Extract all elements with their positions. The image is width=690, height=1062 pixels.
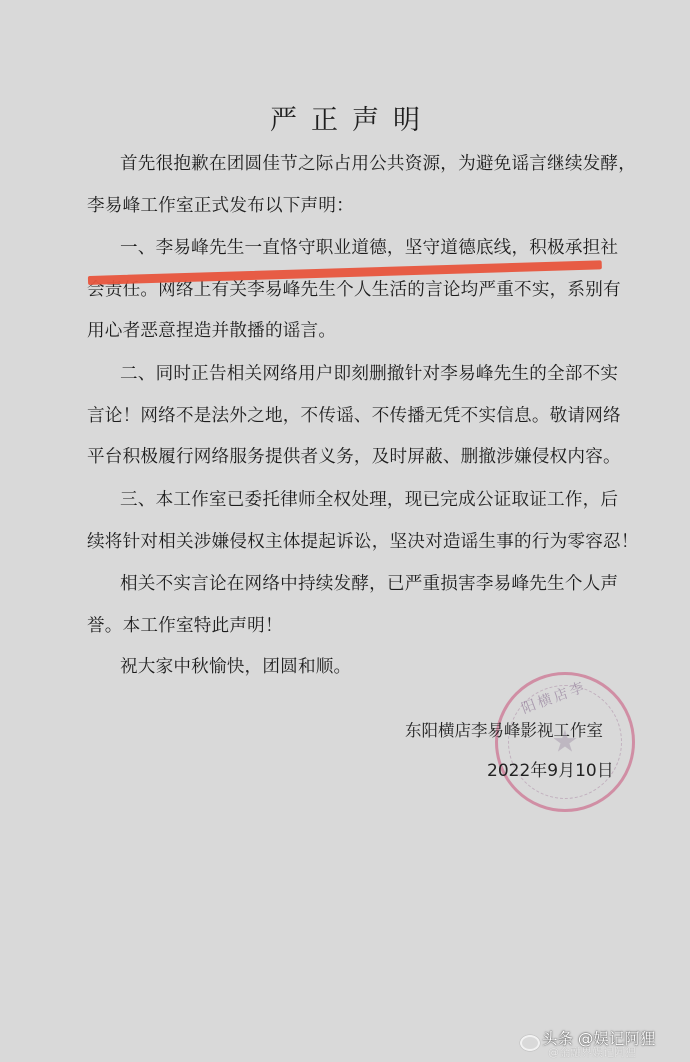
document-title: 严正声明	[0, 98, 690, 137]
paragraph-line: 言论！网络不是法外之地，不传谣、不传播无凭不实信息。敬请网络	[87, 405, 621, 427]
weibo-icon	[520, 1035, 540, 1051]
watermark-sub: @金融界娱记阿狸	[548, 1044, 636, 1060]
official-seal: 阳横店李 ★	[495, 672, 635, 812]
statement-document: 严正声明 首先很抱歉在团圆佳节之际占用公共资源，为避免谣言继续发酵， 李易峰工作…	[0, 0, 690, 1062]
signature: 东阳横店李易峰影视工作室	[405, 717, 603, 741]
paragraph-line: 李易峰工作室正式发布以下声明：	[87, 195, 354, 217]
paragraph-line: 一、李易峰先生一直恪守职业道德，坚守道德底线，积极承担社	[120, 237, 618, 259]
date: 2022年9月10日	[487, 756, 614, 781]
paragraph-line: 二、同时正告相关网络用户即刻删撤针对李易峰先生的全部不实	[120, 363, 618, 385]
paragraph-line: 三、本工作室已委托律师全权处理，现已完成公证取证工作，后	[120, 489, 618, 511]
paragraph-line: 续将针对相关涉嫌侵权主体提起诉讼，坚决对造谣生事的行为零容忍！	[87, 531, 639, 553]
paragraph-line: 祝大家中秋愉快，团圆和顺。	[120, 656, 351, 678]
paragraph-line: 誉。本工作室特此声明！	[87, 615, 283, 637]
paragraph-line: 首先很抱歉在团圆佳节之际占用公共资源，为避免谣言继续发酵，	[120, 153, 636, 175]
paragraph-line: 用心者恶意捏造并散播的谣言。	[87, 320, 336, 342]
paragraph-line: 平台积极履行网络服务提供者义务，及时屏蔽、删撤涉嫌侵权内容。	[87, 446, 621, 468]
paragraph-line: 相关不实言论在网络中持续发酵，已严重损害李易峰先生个人声	[120, 573, 618, 595]
